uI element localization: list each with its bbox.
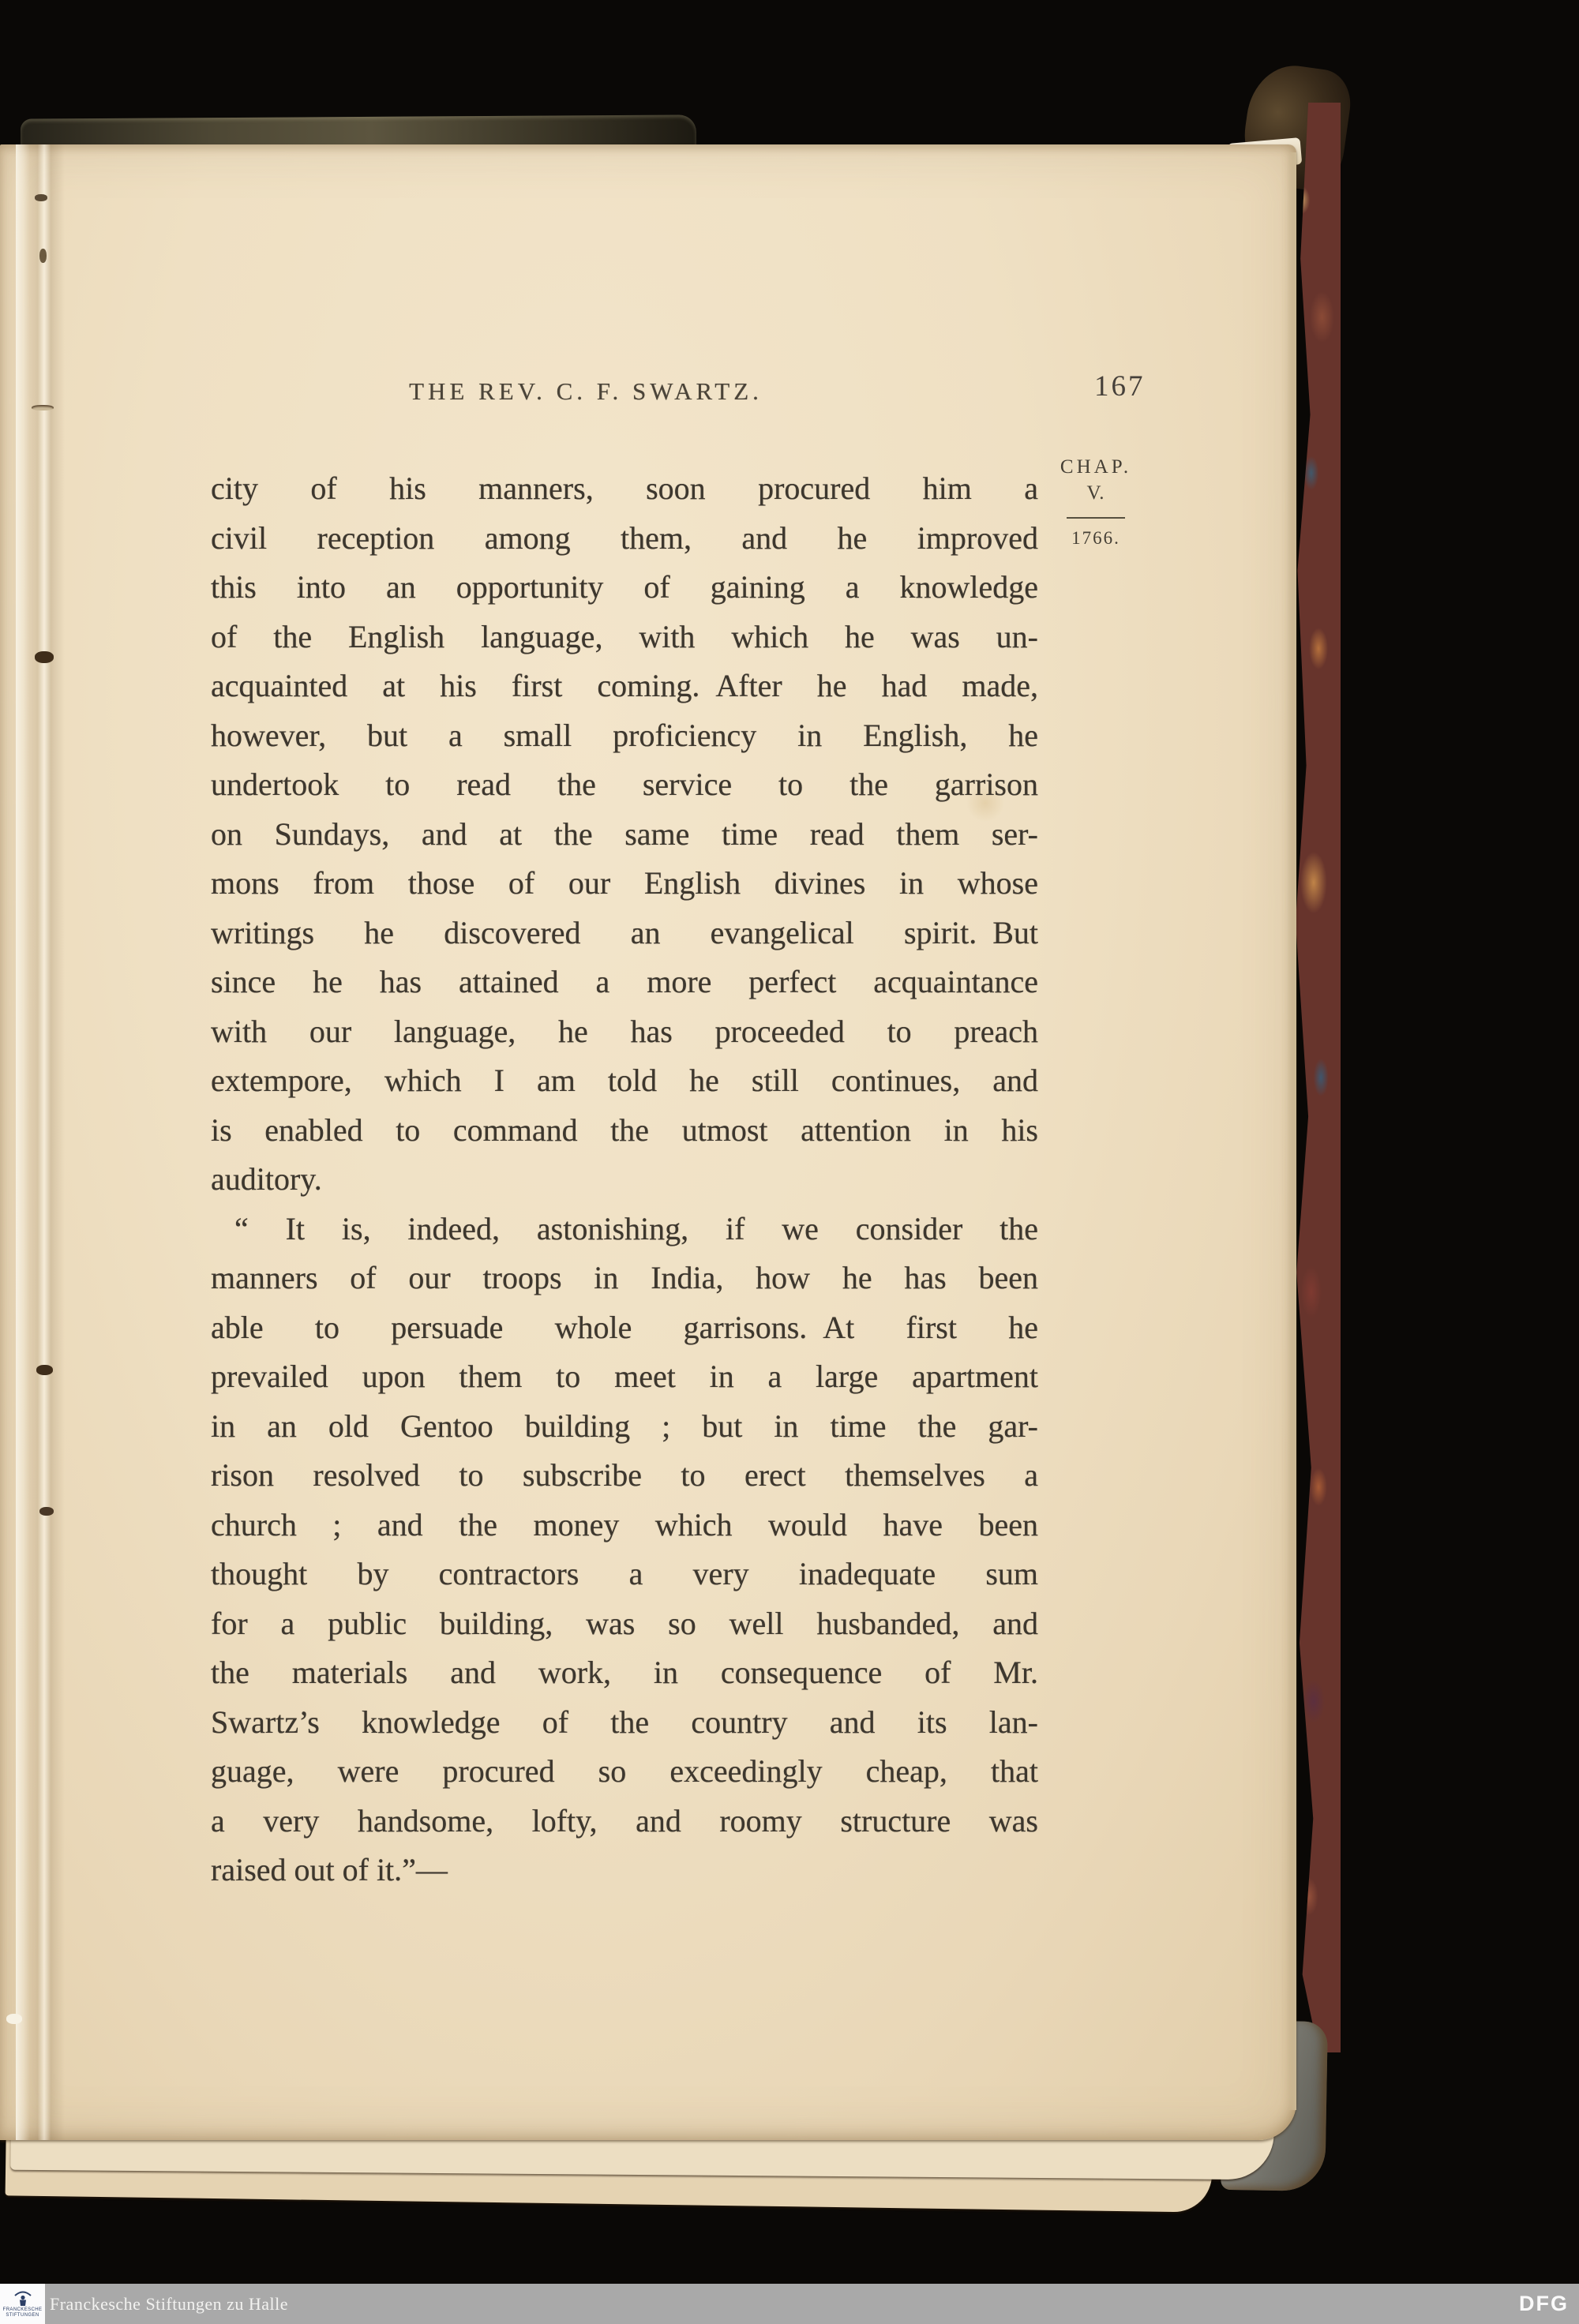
margin-note: CHAP. V. 1766.	[1041, 456, 1151, 549]
body-text-line: raised out of it.”—	[211, 1846, 1038, 1895]
body-text-line: thought by contractors a very inadequate…	[211, 1550, 1038, 1599]
body-text-line: auditory.	[211, 1155, 1038, 1205]
dfg-logo: DFG	[1519, 2284, 1569, 2324]
body-text-line: this into an opportunity of gaining a kn…	[211, 563, 1038, 613]
franckesche-stiftungen-logo: FRANCKESCHE STIFTUNGEN	[0, 2284, 45, 2324]
body-text-line: the materials and work, in consequence o…	[211, 1648, 1038, 1698]
body-text-line: prevailed upon them to meet in a large a…	[211, 1352, 1038, 1402]
margin-rule	[1067, 517, 1125, 519]
body-text-line: however, but a small proficiency in Engl…	[211, 711, 1038, 761]
body-text-line: extempore, which I am told he still cont…	[211, 1056, 1038, 1106]
body-text: city of his manners, soon procured him a…	[211, 464, 1038, 1895]
body-text-line: is enabled to command the utmost attenti…	[211, 1106, 1038, 1156]
page-edge-right	[1287, 152, 1296, 2110]
margin-chapter-numeral: V.	[1041, 482, 1151, 504]
body-text-line: city of his manners, soon procured him a	[211, 464, 1038, 514]
binding-gutter	[24, 144, 65, 2140]
body-text-line: Swartz’s knowledge of the country and it…	[211, 1698, 1038, 1748]
body-text-line: civil reception among them, and he impro…	[211, 514, 1038, 564]
body-text-line: mons from those of our English divines i…	[211, 859, 1038, 909]
body-text-line: able to persuade whole garrisons. At fir…	[211, 1303, 1038, 1353]
body-text-line: writings he discovered an evangelical sp…	[211, 909, 1038, 958]
body-text-line: since he has attained a more perfect acq…	[211, 958, 1038, 1007]
body-text-line: in an old Gentoo building ; but in time …	[211, 1402, 1038, 1452]
body-text-line: a very handsome, lofty, and roomy struct…	[211, 1797, 1038, 1846]
binding-stitch	[35, 194, 47, 201]
logo-text-line: FRANCKESCHE	[3, 2307, 43, 2313]
body-text-line: acquainted at his first coming. After he…	[211, 662, 1038, 711]
franckesche-figure-icon	[13, 2289, 33, 2307]
binding-stitch	[35, 651, 54, 663]
margin-chapter-label: CHAP.	[1041, 456, 1151, 478]
book-page: THE REV. C. F. SWARTZ. 167 CHAP. V. 1766…	[0, 144, 1296, 2140]
body-text-line: undertook to read the service to the gar…	[211, 760, 1038, 810]
library-name-label: Franckesche Stiftungen zu Halle	[50, 2284, 288, 2324]
binding-stitch	[32, 405, 54, 410]
running-head: THE REV. C. F. SWARTZ.	[191, 377, 981, 406]
body-text-line: manners of our troops in India, how he h…	[211, 1254, 1038, 1303]
binding-stitch	[39, 1507, 54, 1516]
marbled-cover-edge	[1292, 103, 1341, 2052]
body-text-line: on Sundays, and at the same time read th…	[211, 810, 1038, 860]
page-number: 167	[1094, 369, 1146, 403]
body-text-line: “ It is, indeed, astonishing, if we cons…	[211, 1205, 1038, 1254]
logo-text-line: STIFTUNGEN	[6, 2313, 39, 2318]
body-text-line: of the English language, with which he w…	[211, 613, 1038, 662]
page-edge-tear	[6, 2014, 22, 2024]
body-text-line: church ; and the money which would have …	[211, 1501, 1038, 1550]
body-text-line: rison resolved to subscribe to erect the…	[211, 1451, 1038, 1501]
margin-year: 1766.	[1041, 528, 1151, 549]
body-text-line: for a public building, was so well husba…	[211, 1599, 1038, 1649]
footer-bar: FRANCKESCHE STIFTUNGEN Franckesche Stift…	[0, 2284, 1579, 2324]
body-text-line: with our language, he has proceeded to p…	[211, 1007, 1038, 1057]
binding-stitch	[39, 249, 47, 263]
body-text-line: guage, were procured so exceedingly chea…	[211, 1747, 1038, 1797]
binding-stitch	[36, 1365, 53, 1375]
scanned-book-photo: THE REV. C. F. SWARTZ. 167 CHAP. V. 1766…	[0, 0, 1579, 2324]
